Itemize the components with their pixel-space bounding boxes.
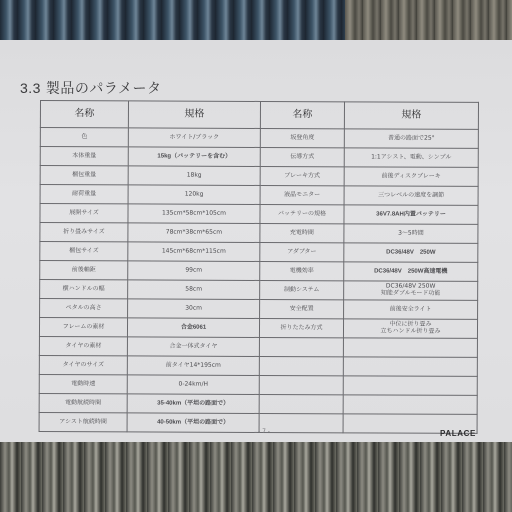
param-value: 135cm*58cm*105cm: [128, 204, 260, 224]
param-name: アダプター: [260, 242, 344, 261]
table-row: 折り畳みサイズ 78cm*38cm*65cm 充電時間 3～5時間: [40, 223, 478, 244]
param-name: 坂登角度: [260, 128, 344, 147]
param-name: タイヤのサイズ: [39, 355, 127, 374]
param-value: ホワイト/ブラック: [128, 128, 260, 148]
param-value: 前タイヤ14*195cm: [127, 356, 259, 376]
param-value: 前後ディスクブレーキ: [344, 167, 478, 187]
param-value: 30cm: [128, 299, 260, 319]
table-row: 耐荷重量 120kg 液晶モニター 三つレベルの速度を調節: [40, 185, 478, 206]
param-value: [343, 376, 477, 396]
param-name: 本体重量: [40, 147, 128, 166]
param-value: DC36/48V 250W: [344, 243, 478, 263]
section-number: 3.3: [20, 80, 41, 96]
param-value: 145cm*68cm*115cm: [128, 242, 260, 262]
table-row: 梱包重量 18kg ブレーキ方式 前後ディスクブレーキ: [40, 166, 478, 187]
param-name: 制動システム: [260, 280, 344, 299]
param-name: 横ハンドルの幅: [40, 280, 128, 299]
param-name: タイヤの素材: [39, 336, 127, 355]
param-name: 安全配置: [260, 299, 344, 318]
param-value: 78cm*38cm*65cm: [128, 223, 260, 243]
carpet-background-top-right: [345, 0, 512, 42]
param-value: 40-50km（平坦の路面で）: [127, 413, 259, 433]
param-name: 充電時間: [260, 223, 344, 242]
param-value: 120kg: [128, 185, 260, 205]
param-name: 展開サイズ: [40, 204, 128, 223]
param-name: フレームの素材: [39, 318, 127, 337]
param-value: 三つレベルの速度を調節: [344, 186, 478, 206]
param-name: [259, 394, 343, 413]
param-name: [259, 337, 343, 356]
param-name: 前後軸距: [40, 261, 128, 280]
header-name-left: 名称: [40, 101, 128, 128]
table-row: 色 ホワイト/ブラック 坂登角度 普通の路面で25°: [40, 128, 478, 149]
param-value: 合金6061: [127, 318, 259, 338]
param-value: 99cm: [128, 261, 260, 281]
param-value: 35-40km（平坦の路面で）: [127, 394, 259, 414]
section-heading: 3.3 製品のパラメータ: [20, 78, 162, 98]
param-name: [259, 375, 343, 394]
param-name: 電動航続時間: [39, 393, 127, 412]
header-spec-right: 規格: [344, 102, 478, 130]
table-row: 前後軸距 99cm 電機効率 DC36/48V 250W高速電機: [40, 261, 478, 282]
param-name: 液晶モニター: [260, 185, 344, 204]
param-name: 電機効率: [260, 261, 344, 280]
param-value-line: 立ちハンドル折り畳み: [346, 328, 475, 335]
table-row: ペタルの高さ 30cm 安全配置 前後安全ライト: [40, 299, 478, 320]
page-number: - 7 -: [258, 428, 270, 435]
product-parameters-table: 名称 規格 名称 規格 色 ホワイト/ブラック 坂登角度 普通の路面で25° 本…: [39, 100, 479, 434]
header-spec-left: 規格: [128, 101, 260, 129]
section-title: 製品のパラメータ: [46, 81, 162, 97]
param-value: DC36/48V 250W 知能ダブルモード功能: [344, 281, 478, 301]
table-row: 梱包サイズ 145cm*68cm*115cm アダプター DC36/48V 25…: [40, 242, 478, 263]
param-value: 1:1アシスト、電動、シンプル: [344, 148, 478, 168]
table-row: 展開サイズ 135cm*58cm*105cm バッテリーの規格 36V7.8AH…: [40, 204, 478, 225]
param-name: 電動時速: [39, 374, 127, 393]
param-name: 伝導方式: [260, 147, 344, 166]
table-row: 本体重量 15kg（バッテリーを含む） 伝導方式 1:1アシスト、電動、シンプル: [40, 147, 478, 168]
table-header-row: 名称 規格 名称 規格: [40, 101, 478, 130]
table-row: 横ハンドルの幅 58cm 制動システム DC36/48V 250W 知能ダブルモ…: [40, 280, 478, 301]
param-name: ブレーキ方式: [260, 166, 344, 185]
table-row: 電動時速 0-24km/H: [39, 374, 477, 395]
param-value: 15kg（バッテリーを含む）: [128, 147, 260, 167]
param-value: DC36/48V 250W高速電機: [344, 262, 478, 282]
param-value: [343, 338, 477, 358]
param-name: [259, 413, 343, 432]
param-name: 色: [40, 128, 128, 147]
param-value: 合金一体式タイヤ: [127, 337, 259, 357]
param-value: 58cm: [128, 280, 260, 300]
param-name: アシスト航続時間: [39, 412, 127, 431]
param-value: [343, 395, 477, 415]
param-value: 0-24km/H: [127, 375, 259, 395]
param-value: 3～5時間: [344, 224, 478, 244]
table-row: タイヤのサイズ 前タイヤ14*195cm: [39, 355, 477, 376]
param-name: 梱包サイズ: [40, 242, 128, 261]
param-value: 前後安全ライト: [344, 300, 478, 320]
param-value: 18kg: [128, 166, 260, 186]
param-value: 普通の路面で25°: [344, 129, 478, 149]
carpet-background-bottom: [0, 442, 512, 512]
param-name: 折りたたみ方式: [259, 318, 343, 337]
table-row: タイヤの素材 合金一体式タイヤ: [39, 336, 477, 357]
param-name: バッテリーの規格: [260, 204, 344, 223]
table-row: 電動航続時間 35-40km（平坦の路面で）: [39, 393, 477, 414]
param-name: 梱包重量: [40, 166, 128, 185]
param-name: [259, 356, 343, 375]
param-value: [343, 357, 477, 377]
table-row: フレームの素材 合金6061 折りたたみ方式 中位に折り畳み 立ちハンドル折り畳…: [39, 318, 477, 339]
param-name: 耐荷重量: [40, 185, 128, 204]
param-value: 36V7.8AH内置バッテリー: [344, 205, 478, 225]
param-value: 中位に折り畳み 立ちハンドル折り畳み: [343, 319, 477, 339]
param-name: ペタルの高さ: [40, 299, 128, 318]
param-name: 折り畳みサイズ: [40, 223, 128, 242]
header-name-right: 名称: [260, 101, 344, 128]
brand-name: PALACE: [440, 429, 476, 438]
param-value-line: 知能ダブルモード功能: [346, 290, 475, 297]
